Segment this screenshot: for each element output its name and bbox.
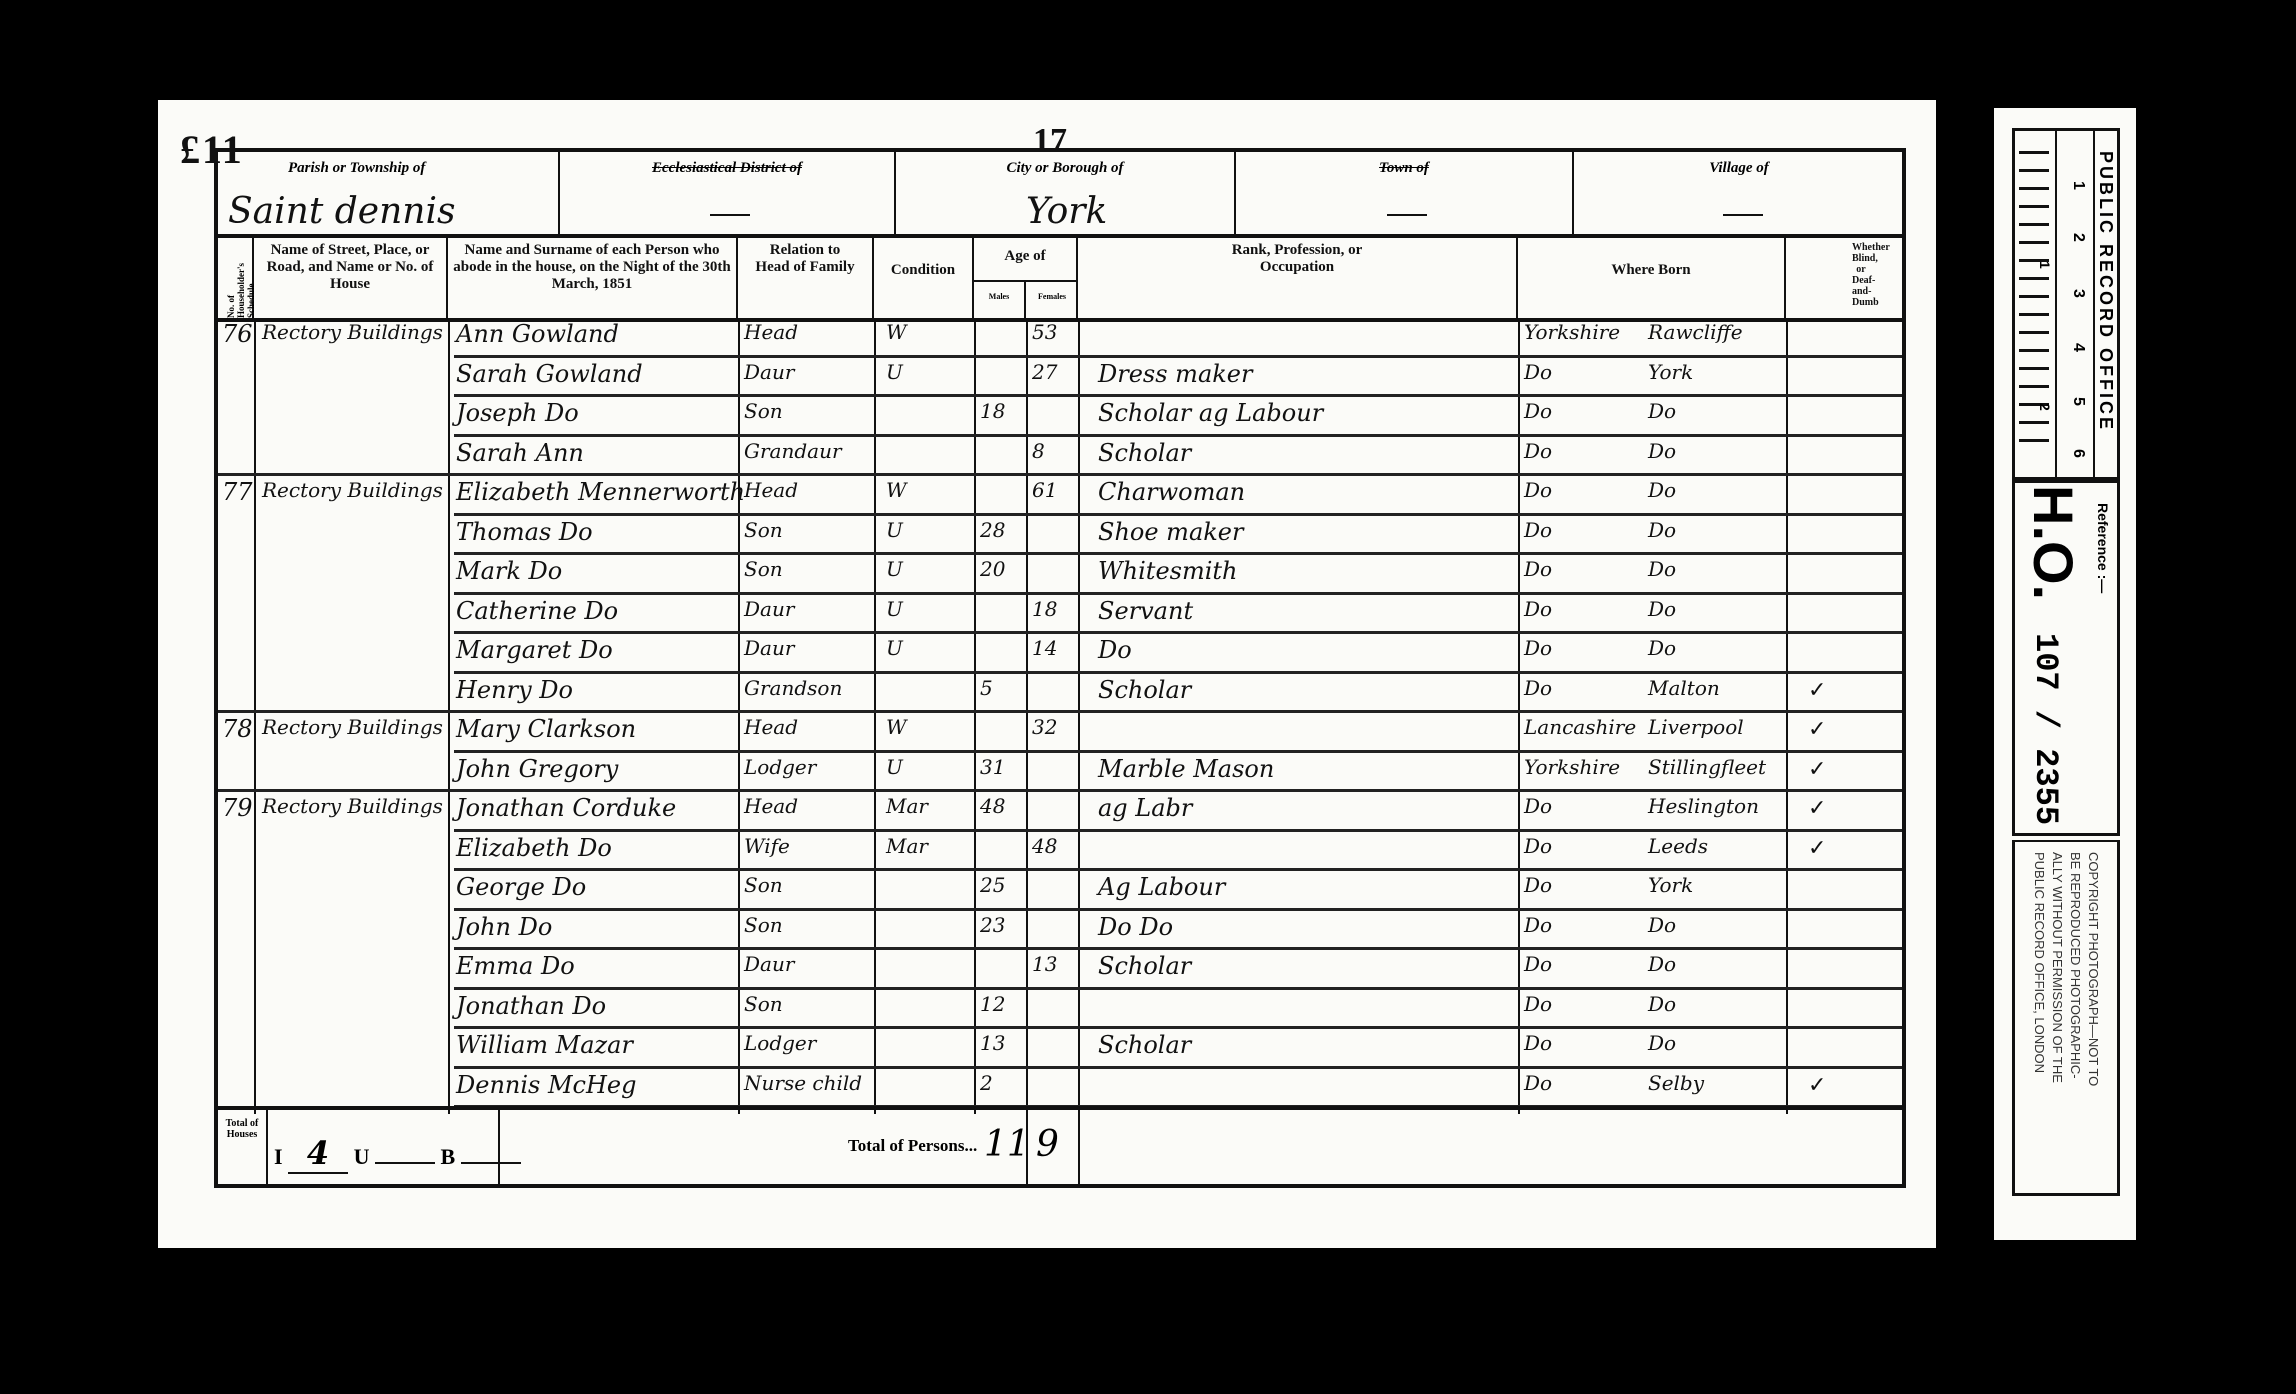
cell-relation: Head (744, 715, 798, 739)
cell-born-place: Selby (1648, 1071, 1704, 1095)
cell-born-place: Do (1648, 399, 1676, 423)
header-schedule: No. of Householder's Schedule (218, 234, 254, 318)
cell-born-county: Do (1524, 834, 1552, 858)
ecclesiastical-cell: Ecclesiastical District of (560, 152, 896, 234)
table-row: Thomas DoSonU28Shoe makerDoDo (218, 516, 1902, 552)
cell-male-age: 5 (980, 676, 993, 700)
cell-female-age: 53 (1032, 320, 1057, 344)
table-row: Elizabeth DoWifeMar48DoLeeds✓ (218, 832, 1902, 868)
total-males: 11 (984, 1124, 1030, 1165)
record-office-ruler: 1 2 3 4 5 6 1 2 PUBLIC RECORD OFFICE Ref… (1994, 108, 2136, 1240)
table-row: Catherine DoDaurU18ServantDoDo (218, 595, 1902, 631)
cell-born-place: Do (1648, 439, 1676, 463)
cell-name: William Mazar (456, 1031, 633, 1059)
header-street: Name of Street, Place, or Road, and Name… (254, 234, 448, 318)
cell-born-place: Rawcliffe (1648, 320, 1743, 344)
table-row: John DoSon23Do DoDoDo (218, 911, 1902, 947)
cell-condition: U (886, 360, 903, 384)
copyright-box: COPYRIGHT PHOTOGRAPH—NOT TO BE REPRODUCE… (2012, 840, 2120, 1196)
cell-born-county: Do (1524, 1031, 1552, 1055)
cell-female-age: 8 (1032, 439, 1045, 463)
cell-born-county: Do (1524, 794, 1552, 818)
census-entries: 76Rectory BuildingsAnn GowlandHeadW53Yor… (218, 318, 1902, 1114)
cell-condition: U (886, 557, 903, 581)
cell-relation: Grandson (744, 676, 842, 700)
cell-name: Elizabeth Do (456, 834, 612, 862)
cell-name: Sarah Ann (456, 439, 584, 467)
header-age: Age of Males Females (974, 234, 1078, 318)
cell-relation: Daur (744, 952, 794, 976)
cell-name: John Gregory (456, 755, 618, 783)
cell-mark: ✓ (1808, 796, 1826, 821)
cell-born-place: Do (1648, 557, 1676, 581)
cell-occupation: Do Do (1098, 913, 1173, 941)
city-cell: City or Borough of York (896, 152, 1236, 234)
cell-male-age: 18 (980, 399, 1005, 423)
cell-male-age: 31 (980, 755, 1005, 779)
cell-male-age: 48 (980, 794, 1005, 818)
cell-born-county: Do (1524, 636, 1552, 660)
cell-name: Ann Gowland (456, 320, 619, 348)
cell-female-age: 18 (1032, 597, 1057, 621)
cell-occupation: Scholar (1098, 952, 1191, 980)
town-label: Town of (1236, 160, 1572, 177)
cell-name: Mark Do (456, 557, 562, 585)
cell-occupation: Scholar ag Labour (1098, 399, 1323, 427)
village-label: Village of (1574, 160, 1904, 177)
parish-label: Parish or Township of (218, 160, 558, 177)
table-row: Sarah AnnGrandaur8ScholarDoDo (218, 437, 1902, 473)
cell-born-county: Lancashire (1524, 715, 1636, 739)
census-page: £11 17 Parish or Township of Saint denni… (158, 100, 1936, 1248)
header-where-born: Where Born (1518, 234, 1786, 318)
table-row: 78Rectory BuildingsMary ClarksonHeadW32L… (218, 713, 1902, 749)
cell-name: Elizabeth Mennerworth (456, 478, 745, 506)
cell-born-place: Do (1648, 478, 1676, 502)
totals-row: Total of Houses I 4 U B Total of Persons… (218, 1106, 1902, 1184)
header-occupation: Rank, Profession, or Occupation (1078, 234, 1518, 318)
ruler-ticks (2019, 151, 2049, 457)
cell-occupation: ag Labr (1098, 794, 1192, 822)
cell-relation: Son (744, 873, 783, 897)
cell-born-county: Do (1524, 676, 1552, 700)
cell-born-county: Do (1524, 952, 1552, 976)
houses-label: Total of Houses (222, 1118, 262, 1140)
header-age-males: Males (974, 280, 1026, 318)
cell-born-place: Do (1648, 518, 1676, 542)
cell-relation: Head (744, 320, 798, 344)
cell-born-place: Do (1648, 636, 1676, 660)
cell-mark: ✓ (1808, 836, 1826, 861)
cell-occupation: Scholar (1098, 676, 1191, 704)
ecclesiastical-label: Ecclesiastical District of (560, 160, 894, 177)
cell-born-county: Yorkshire (1524, 755, 1620, 779)
table-row: Dennis McHegNurse child2DoSelby✓ (218, 1069, 1902, 1105)
reference-number: 107 / 2355 (2027, 633, 2064, 825)
cell-mark: ✓ (1808, 717, 1826, 742)
cell-name: Jonathan Corduke (456, 794, 676, 822)
cell-condition: U (886, 755, 903, 779)
cell-female-age: 13 (1032, 952, 1057, 976)
table-row: John GregoryLodgerU31Marble MasonYorkshi… (218, 753, 1902, 789)
cell-born-place: Malton (1648, 676, 1720, 700)
town-cell: Town of (1236, 152, 1574, 234)
cell-relation: Wife (744, 834, 790, 858)
cell-name: Henry Do (456, 676, 573, 704)
cell-male-age: 2 (980, 1071, 993, 1095)
table-row: Sarah GowlandDaurU27Dress makerDoYork (218, 358, 1902, 394)
cell-name: Catherine Do (456, 597, 618, 625)
cell-occupation: Do (1098, 636, 1132, 664)
city-label: City or Borough of (896, 160, 1234, 177)
cell-relation: Lodger (744, 755, 816, 779)
cell-female-age: 61 (1032, 478, 1057, 502)
cell-street: Rectory Buildings (262, 794, 443, 818)
cell-born-county: Do (1524, 1071, 1552, 1095)
table-row: Mark DoSonU20WhitesmithDoDo (218, 555, 1902, 591)
cell-name: George Do (456, 873, 586, 901)
cell-born-place: Do (1648, 952, 1676, 976)
table-row: 79Rectory BuildingsJonathan CordukeHeadM… (218, 792, 1902, 828)
cell-relation: Daur (744, 597, 794, 621)
cell-born-county: Do (1524, 439, 1552, 463)
table-row: 77Rectory BuildingsElizabeth Mennerworth… (218, 476, 1902, 512)
ecclesiastical-dash (710, 214, 750, 216)
column-header-row: No. of Householder's Schedule Name of St… (218, 234, 1902, 322)
cell-relation: Son (744, 913, 783, 937)
header-age-females: Females (1026, 280, 1078, 318)
cell-condition: Mar (886, 834, 928, 858)
cell-street: Rectory Buildings (262, 320, 443, 344)
cell-male-age: 28 (980, 518, 1005, 542)
cell-mark: ✓ (1808, 757, 1826, 782)
cell-schedule: 78 (222, 715, 253, 743)
persons-label: Total of Persons... (848, 1136, 977, 1156)
cell-schedule: 79 (222, 794, 253, 822)
cell-relation: Nurse child (744, 1071, 862, 1095)
cell-occupation: Scholar (1098, 1031, 1191, 1059)
cell-name: Sarah Gowland (456, 360, 643, 388)
cell-street: Rectory Buildings (262, 715, 443, 739)
table-row: Henry DoGrandson5ScholarDoMalton✓ (218, 674, 1902, 710)
cell-born-county: Do (1524, 478, 1552, 502)
cell-born-place: Do (1648, 1031, 1676, 1055)
cell-condition: U (886, 518, 903, 542)
cell-schedule: 76 (222, 320, 253, 348)
cell-condition: U (886, 597, 903, 621)
cell-female-age: 27 (1032, 360, 1057, 384)
cell-name: Emma Do (456, 952, 575, 980)
cell-name: Mary Clarkson (456, 715, 636, 743)
header-relation: Relation to Head of Family (738, 234, 874, 318)
cell-born-county: Yorkshire (1524, 320, 1620, 344)
cell-born-place: Leeds (1648, 834, 1708, 858)
cell-born-county: Do (1524, 557, 1552, 581)
cell-relation: Head (744, 794, 798, 818)
town-dash (1387, 214, 1427, 216)
cell-condition: U (886, 636, 903, 660)
cell-born-place: Do (1648, 597, 1676, 621)
cell-born-place: Stillingfleet (1648, 755, 1766, 779)
cell-occupation: Whitesmith (1098, 557, 1238, 585)
cell-male-age: 20 (980, 557, 1005, 581)
inhabited-count: 4 (288, 1134, 348, 1174)
cell-relation: Head (744, 478, 798, 502)
reference-series: H.O. (2021, 485, 2086, 600)
cell-male-age: 23 (980, 913, 1005, 937)
header-condition: Condition (874, 234, 974, 318)
cell-relation: Son (744, 992, 783, 1016)
cell-relation: Son (744, 399, 783, 423)
cell-mark: ✓ (1808, 678, 1826, 703)
cell-relation: Son (744, 557, 783, 581)
census-form: Parish or Township of Saint dennis Eccle… (214, 148, 1906, 1188)
village-cell: Village of (1574, 152, 1904, 234)
total-females: 9 (1036, 1124, 1059, 1165)
table-row: Margaret DoDaurU14DoDoDo (218, 634, 1902, 670)
cell-street: Rectory Buildings (262, 478, 443, 502)
cell-relation: Son (744, 518, 783, 542)
cell-mark: ✓ (1808, 1073, 1826, 1098)
cell-born-place: Liverpool (1648, 715, 1744, 739)
cell-born-county: Do (1524, 518, 1552, 542)
cell-occupation: Marble Mason (1098, 755, 1274, 783)
table-row: Emma DoDaur13ScholarDoDo (218, 950, 1902, 986)
cell-born-place: York (1648, 873, 1693, 897)
ruler-scale: 1 2 3 4 5 6 1 2 PUBLIC RECORD OFFICE (2012, 128, 2120, 480)
header-blind-deaf: Whether Blind, or Deaf-and-Dumb (1786, 234, 1902, 318)
cell-condition: Mar (886, 794, 928, 818)
cell-name: Margaret Do (456, 636, 613, 664)
houses-totals: I 4 U B (274, 1134, 521, 1174)
cell-female-age: 14 (1032, 636, 1057, 660)
reference-box: Reference :— H.O. 107 / 2355 (2012, 480, 2120, 836)
header-name: Name and Surname of each Person who abod… (448, 234, 738, 318)
cell-condition: W (886, 715, 907, 739)
cell-occupation: Scholar (1098, 439, 1191, 467)
table-row: William MazarLodger13ScholarDoDo (218, 1029, 1902, 1065)
table-row: 76Rectory BuildingsAnn GowlandHeadW53Yor… (218, 318, 1902, 354)
cell-name: Thomas Do (456, 518, 593, 546)
cell-occupation: Shoe maker (1098, 518, 1243, 546)
cell-born-county: Do (1524, 360, 1552, 384)
uninhabited-count (375, 1162, 435, 1164)
cell-born-county: Do (1524, 992, 1552, 1016)
cell-born-county: Do (1524, 399, 1552, 423)
cell-name: Jonathan Do (456, 992, 606, 1020)
cell-occupation: Servant (1098, 597, 1193, 625)
table-row: Jonathan DoSon12DoDo (218, 990, 1902, 1026)
cell-relation: Lodger (744, 1031, 816, 1055)
cell-relation: Daur (744, 636, 794, 660)
cell-occupation: Ag Labour (1098, 873, 1225, 901)
table-row: Joseph DoSon18Scholar ag LabourDoDo (218, 397, 1902, 433)
cell-condition: W (886, 320, 907, 344)
parish-cell: Parish or Township of Saint dennis (218, 152, 560, 234)
cell-born-place: Do (1648, 992, 1676, 1016)
city-value: York (1026, 191, 1107, 232)
parish-value: Saint dennis (228, 191, 455, 232)
reference-label: Reference :— (2095, 503, 2111, 593)
cell-born-county: Do (1524, 873, 1552, 897)
cell-born-county: Do (1524, 913, 1552, 937)
cell-born-place: York (1648, 360, 1693, 384)
cell-occupation: Dress maker (1098, 360, 1252, 388)
cell-relation: Grandaur (744, 439, 842, 463)
cell-female-age: 32 (1032, 715, 1057, 739)
building-count (461, 1162, 521, 1164)
cell-male-age: 13 (980, 1031, 1005, 1055)
cell-occupation: Charwoman (1098, 478, 1245, 506)
cell-name: Dennis McHeg (456, 1071, 637, 1099)
cell-born-place: Heslington (1648, 794, 1759, 818)
cell-relation: Daur (744, 360, 794, 384)
cell-born-place: Do (1648, 913, 1676, 937)
cell-condition: W (886, 478, 907, 502)
ruler-title: PUBLIC RECORD OFFICE (2095, 151, 2116, 432)
village-dash (1723, 214, 1763, 216)
cell-male-age: 25 (980, 873, 1005, 897)
table-row: George DoSon25Ag LabourDoYork (218, 871, 1902, 907)
cell-schedule: 77 (222, 478, 253, 506)
cell-born-county: Do (1524, 597, 1552, 621)
cell-name: John Do (456, 913, 552, 941)
cell-name: Joseph Do (456, 399, 579, 427)
cell-male-age: 12 (980, 992, 1005, 1016)
cell-female-age: 48 (1032, 834, 1057, 858)
location-row: Parish or Township of Saint dennis Eccle… (218, 152, 1902, 238)
